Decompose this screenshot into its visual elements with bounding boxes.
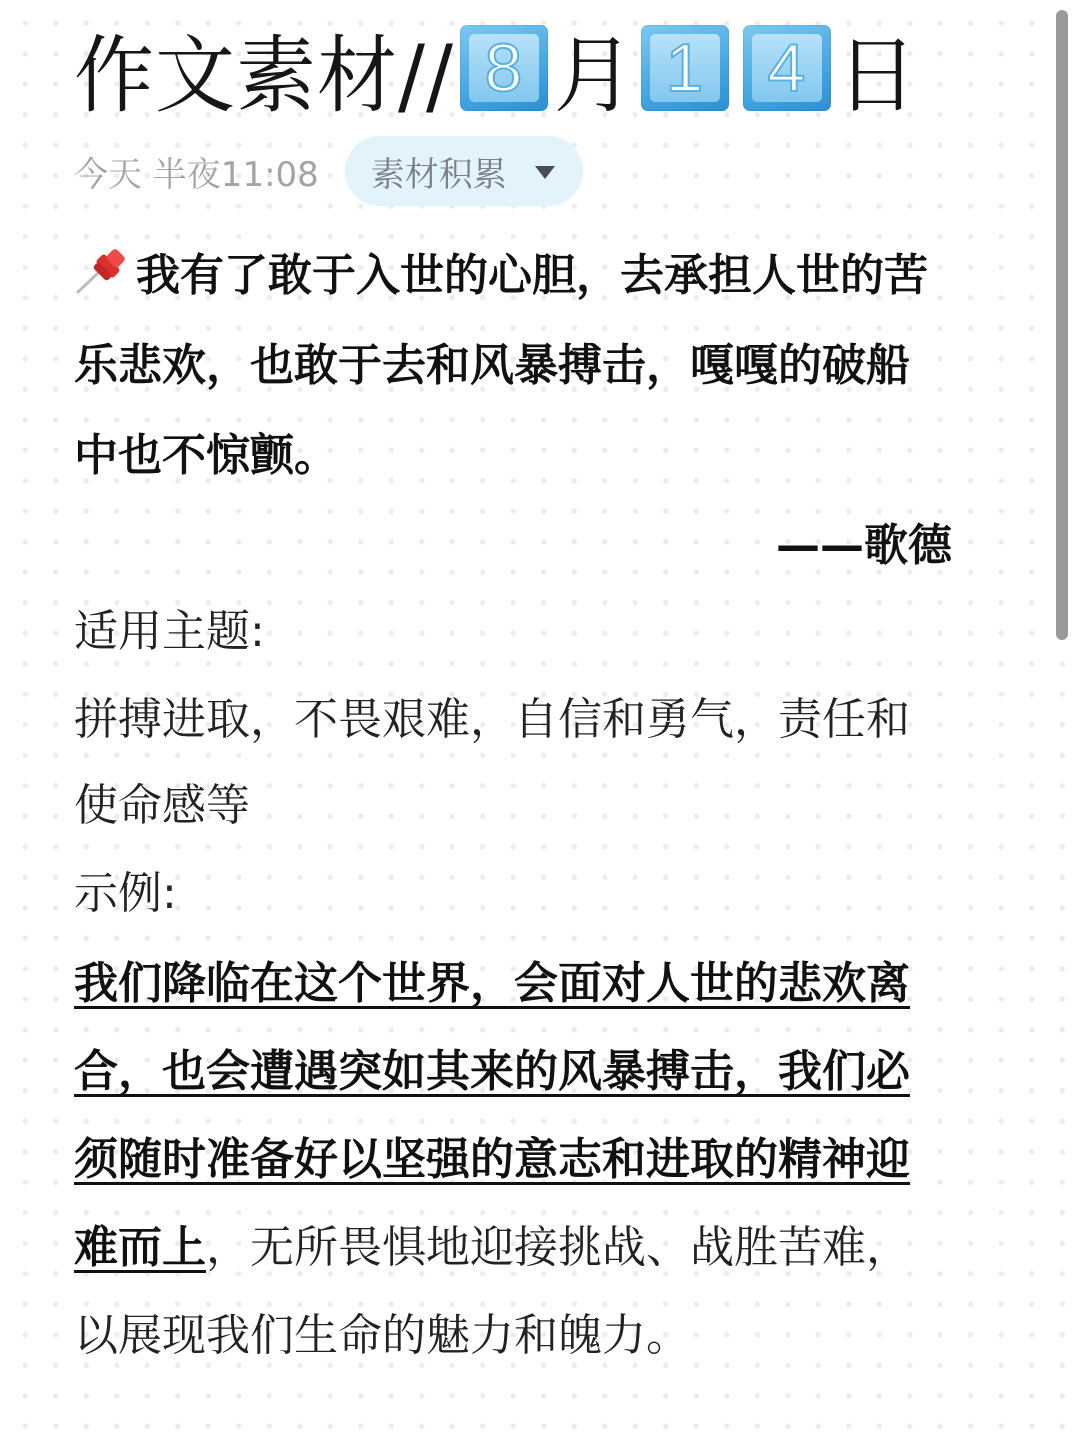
themes-line-1: 拼搏进取，不畏艰难，自信和勇气，责任和	[74, 676, 1004, 764]
example-line-4: 难而上，无所畏惧地迎接挑战、战胜苦难，	[74, 1204, 1004, 1292]
keycap-digit-4-icon: 4	[743, 25, 831, 111]
example-line-5: 以展现我们生命的魅力和魄力。	[74, 1292, 1004, 1380]
example-heading: 示例:	[74, 850, 1004, 938]
quote-attribution: ——歌德	[776, 502, 952, 590]
example-line-1: 我们降临在这个世界，会面对人世的悲欢离	[74, 940, 1004, 1028]
keycap-digit-1-icon: 1	[641, 25, 729, 111]
note-title[interactable]: 作文素材// 8 月 1 4 日	[74, 22, 918, 114]
title-day-char: 日	[837, 8, 918, 129]
quote-line-1: 我有了敢于入世的心胆，去承担人世的苦	[74, 232, 1004, 320]
themes-heading: 适用主题:	[74, 588, 1004, 676]
example-line-3: 须随时准备好以坚强的意志和进取的精神迎	[74, 1116, 1004, 1204]
quote-line-2: 乐悲欢，也敢于去和风暴搏击，嘎嘎的破船	[74, 322, 1004, 410]
timestamp: 今天 半夜11:08	[74, 147, 319, 196]
example-line-4-rest: ，无所畏惧地迎接挑战、战胜苦难，	[206, 1222, 910, 1273]
category-label: 素材积累	[371, 147, 507, 196]
note-meta: 今天 半夜11:08 素材积累	[74, 136, 583, 206]
example-line-2: 合，也会遭遇突如其来的风暴搏击，我们必	[74, 1028, 1004, 1116]
themes-line-2: 使命感等	[74, 762, 1004, 850]
example-line-4-underlined: 难而上	[74, 1222, 206, 1273]
pushpin-icon	[74, 246, 132, 296]
category-dropdown[interactable]: 素材积累	[345, 136, 583, 206]
quote-line-3: 中也不惊颤。	[74, 412, 1004, 500]
keycap-digit-8-icon: 8	[460, 25, 548, 111]
title-prefix: 作文素材//	[74, 8, 454, 129]
caret-down-icon	[535, 166, 555, 179]
scrollbar-thumb[interactable]	[1056, 10, 1068, 640]
title-month-char: 月	[554, 8, 635, 129]
